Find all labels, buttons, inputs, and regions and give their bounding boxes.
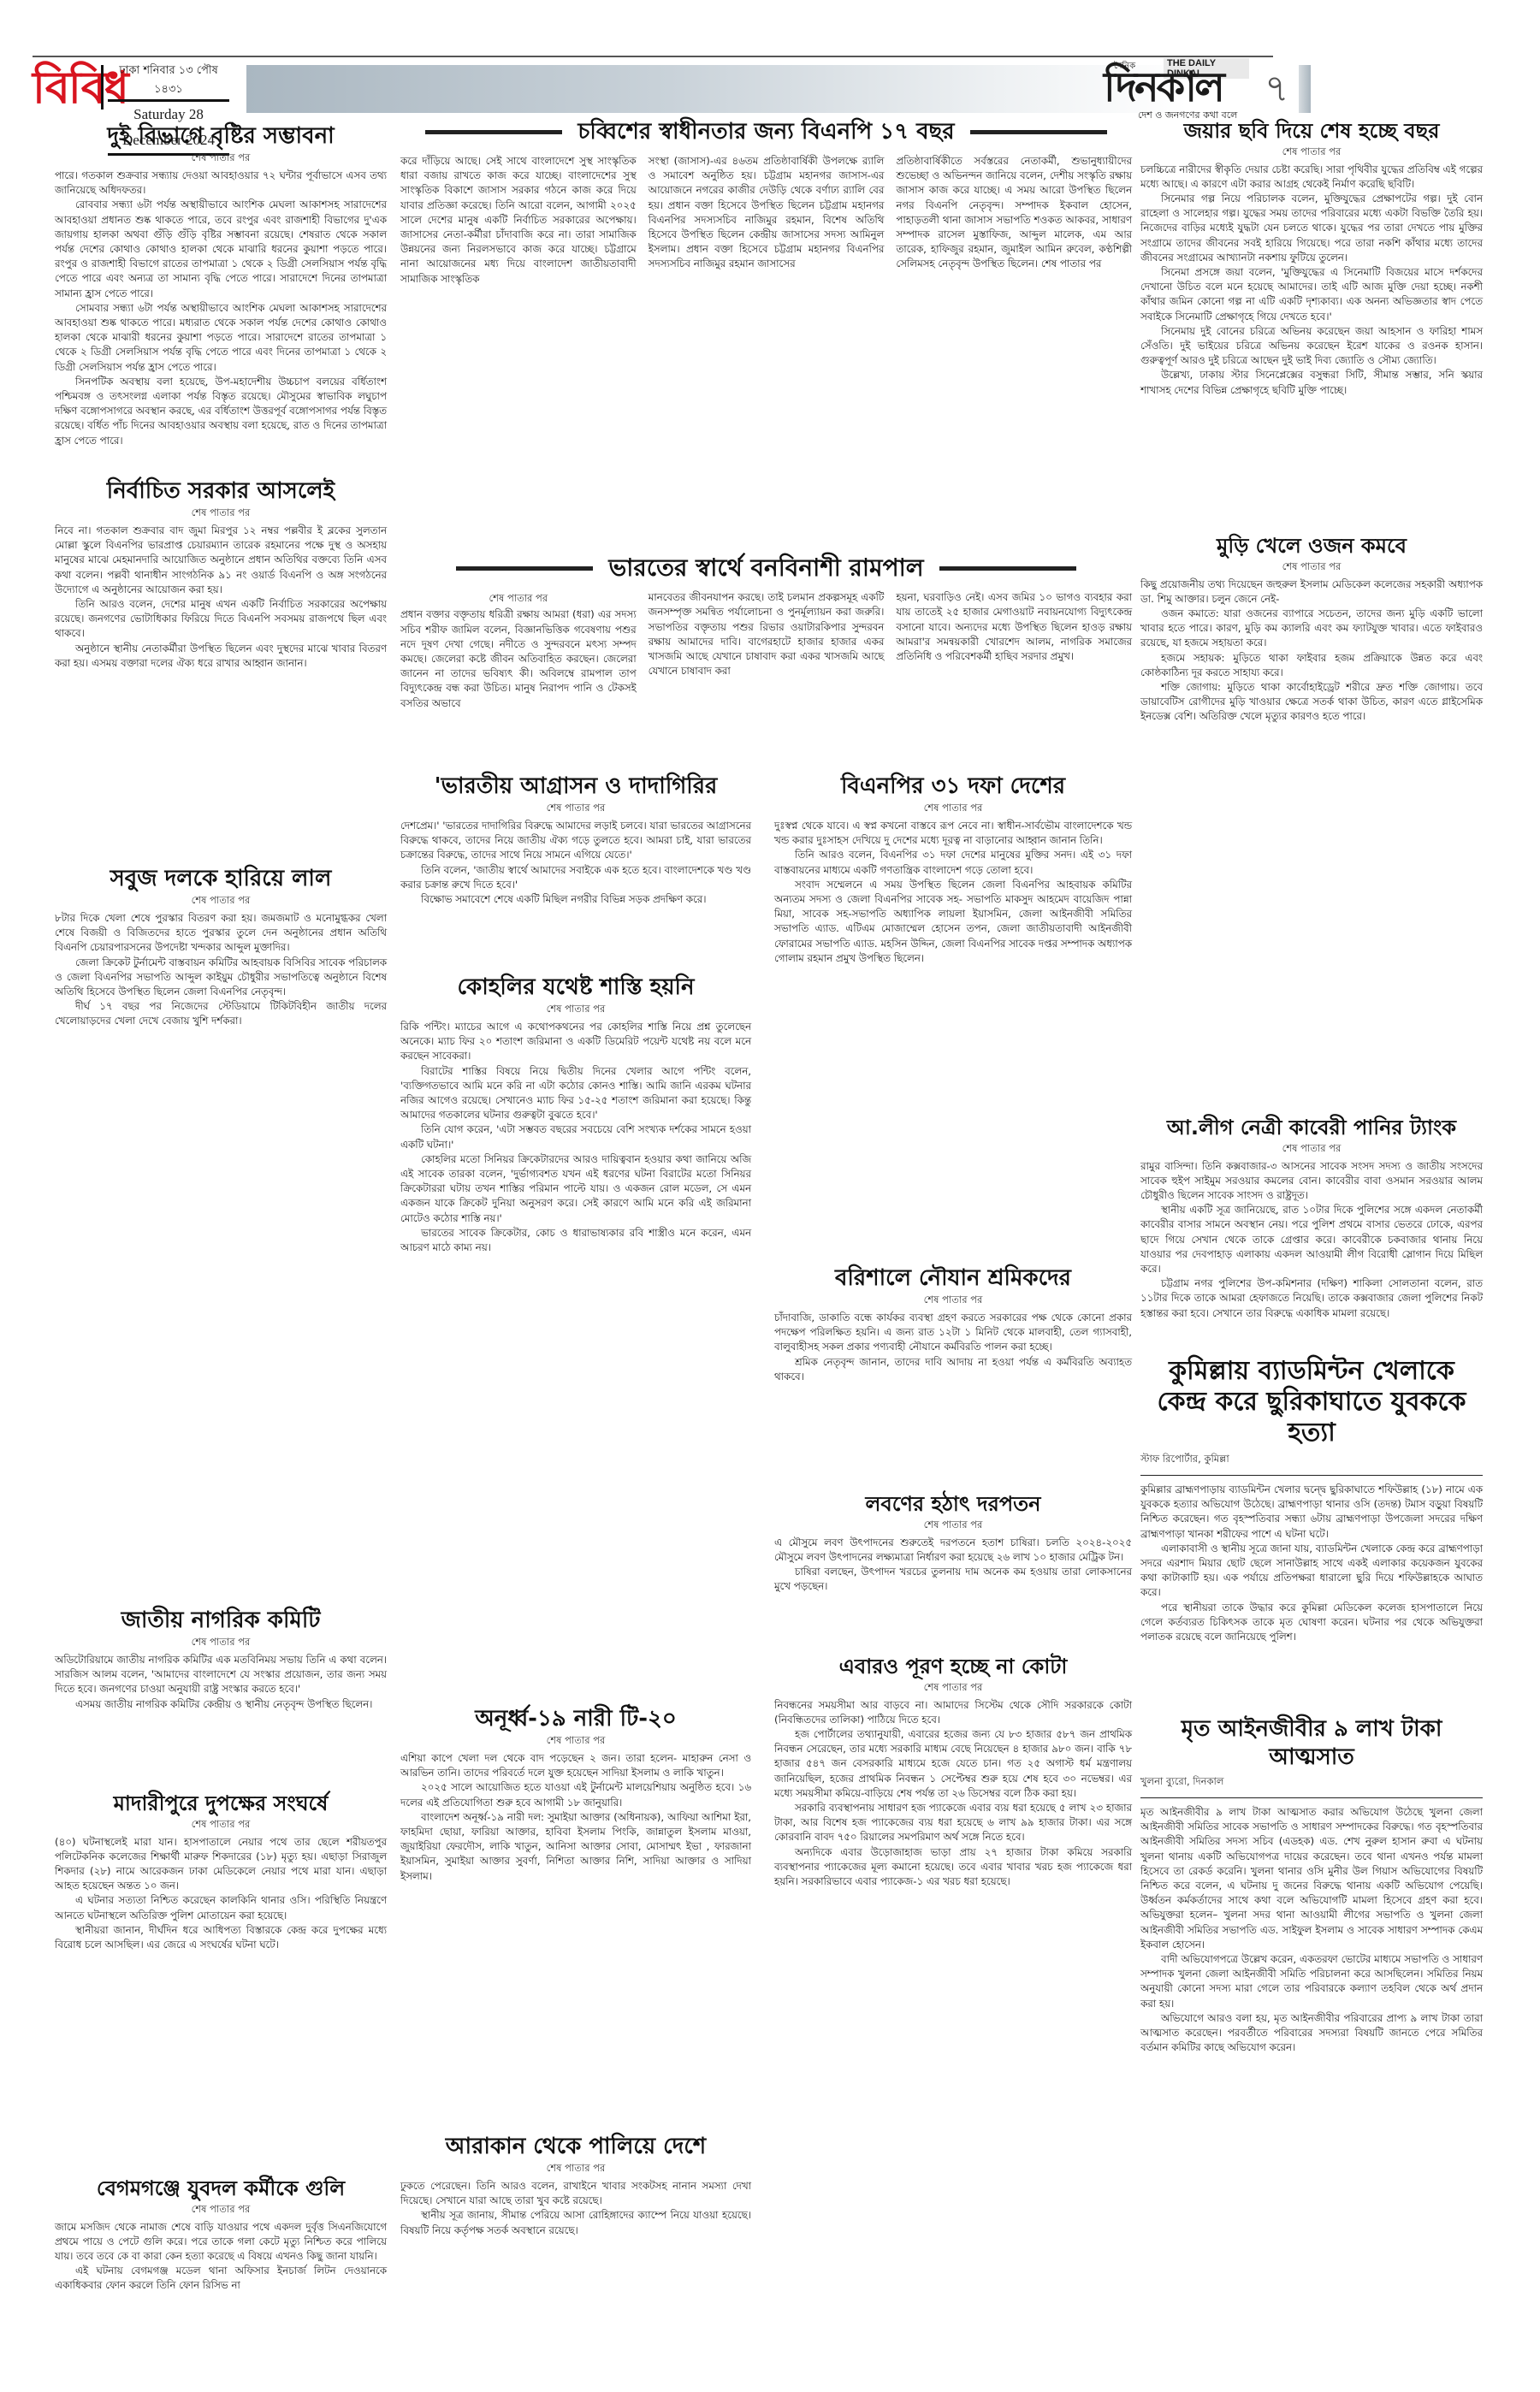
story-body: অডিটোরিয়ামে জাতীয় নাগরিক কমিটির এক মতব… <box>55 1653 387 1712</box>
paragraph: ভারতের সাবেক ক্রিকেটার, কোচ ও ধারাভাষ্যক… <box>400 1226 751 1255</box>
paragraph: মৃত আইনজীবীর ৯ লাখ টাকা আত্মসাত করার অভি… <box>1140 1805 1483 1952</box>
paragraph: স্থানীয় সূত্র জানায়, সীমান্ত পেরিয়ে আ… <box>400 2208 751 2237</box>
paragraph: কোহলির মতো সিনিয়র ক্রিকেটারদের আরও দায়… <box>400 1152 751 1226</box>
story-body: দুঃস্বপ্ন থেকে যাবে। এ স্বপ্ন কখনো বাস্ত… <box>774 819 1132 966</box>
paragraph: নিবন্ধনের সময়সীমা আর বাড়বে না। আমাদের … <box>774 1698 1132 1727</box>
story-hajj-quota: এবারও পূরণ হচ্ছে না কোটা শেষ পাতার পর নি… <box>774 1655 1132 1889</box>
headline-with-rules: চব্বিশের স্বাধীনতার জন্য বিএনপি ১৭ বছর <box>400 120 1132 145</box>
headline: মুড়ি খেলে ওজন কমবে <box>1140 535 1483 559</box>
story-body: রিকি পন্টিং। ম্যাচের আগে এ কথোপকথনের পর … <box>400 1020 751 1255</box>
continued-label: শেষ পাতার পর <box>55 151 387 167</box>
story-body: চলচ্চিত্রে নারীদের স্বীকৃতি দেয়ার চেষ্ট… <box>1140 163 1483 398</box>
continued-label: শেষ পাতার পর <box>774 1518 1132 1534</box>
paragraph: এই ঘটনায় বেগমগঞ্জ মডেল থানা অফিসার ইনচা… <box>55 2264 387 2293</box>
paragraph: দুঃস্বপ্ন থেকে যাবে। এ স্বপ্ন কখনো বাস্ত… <box>774 819 1132 848</box>
continued-label: শেষ পাতার পর <box>1140 145 1483 161</box>
story-body: নিবন্ধনের সময়সীমা আর বাড়বে না। আমাদের … <box>774 1698 1132 1890</box>
paragraph: শক্তি জোগায়: মুড়িতে থাকা কার্বোহাইড্রে… <box>1140 680 1483 725</box>
headline: সবুজ দলকে হারিয়ে লাল <box>55 867 387 892</box>
headline-rule-right <box>970 130 1107 134</box>
continued-label: শেষ পাতার পর <box>55 893 387 909</box>
paragraph: কুমিল্লার ব্রাহ্মণপাড়ায় ব্যাডমিন্টন খে… <box>1140 1483 1483 1542</box>
paragraph: উল্লেখ্য, ঢাকায় স্টার সিনেপ্লেক্সের বসু… <box>1140 368 1483 397</box>
paragraph: কিছু প্রয়োজনীয় তথ্য দিয়েছেন জহুরুল ইস… <box>1140 577 1483 607</box>
continued-label: শেষ পাতার পর <box>774 1680 1132 1696</box>
headline-rule-left <box>456 566 593 571</box>
story-column: শেষ পাতার পর প্রধান বক্তার বক্তৃতায় ধরি… <box>400 590 637 711</box>
paragraph: অন্যদিকে এবার উড়োজাহাজ ভাড়া প্রায় ২৭ … <box>774 1845 1132 1890</box>
story-lawyer-embezzlement: মৃত আইনজীবীর ৯ লাখ টাকা আত্মসাত খুলনা ব্… <box>1140 1715 1483 2055</box>
story-cumilla-badminton-murder: কুমিল্লায় ব্যাডমিন্টন খেলাকে কেন্দ্র কর… <box>1140 1356 1483 1644</box>
story-salt-price-fall: লবণের হঠাৎ দরপতন শেষ পাতার পর এ মৌসুমে ল… <box>774 1493 1132 1594</box>
paragraph: দেশপ্রেম।' 'ভারতের দাদাগিরির বিরুদ্ধে আম… <box>400 819 751 863</box>
continued-label: শেষ পাতার পর <box>1140 560 1483 576</box>
paragraph: সরকারি ব্যবস্থাপনায় সাধারণ হজ প্যাকেজে … <box>774 1801 1132 1845</box>
headline: আরাকান থেকে পালিয়ে দেশে <box>400 2134 751 2160</box>
headline: আ.লীগ নেত্রী কাবেরী পানির ট্যাংক <box>1140 1116 1483 1140</box>
paragraph: বিরাটের শাস্তির বিষয়ে নিয়ে দ্বিতীয় দি… <box>400 1064 751 1123</box>
paragraph: চাঁদাবাজি, ডাকাতি বন্ধে কার্যকর ব্যবস্থা… <box>774 1311 1132 1355</box>
paragraph: সোমবার সন্ধ্যা ৬টা পর্যন্ত অস্থায়ীভাবে … <box>55 301 387 375</box>
story-u19-women-t20: অনূর্ধ্ব-১৯ নারী টি-২০ শেষ পাতার পর এশিয… <box>400 1707 751 1884</box>
story-body: জামে মসজিদ থেকে নামাজ শেষে বাড়ি যাওয়ার… <box>55 2220 387 2294</box>
headline: চব্বিশের স্বাধীনতার জন্য বিএনপি ১৭ বছর <box>577 120 954 145</box>
paragraph: সিনেমার গল্প নিয়ে পরিচালক বলেন, মুক্তিয… <box>1140 192 1483 265</box>
headline: জাতীয় নাগরিক কমিটি <box>55 1608 387 1634</box>
paragraph: ওজন কমাতে: যারা ওজনের ব্যাপারে সচেতন, তা… <box>1140 607 1483 651</box>
paragraph: সিনেমা প্রসঙ্গে জয়া বলেন, 'মুক্তিযুদ্ধে… <box>1140 265 1483 324</box>
continued-label: শেষ পাতার পর <box>1140 1141 1483 1158</box>
story-body: ঢুকতে পেরেছেন। তিনি আরও বলেন, রাখাইনে খা… <box>400 2179 751 2238</box>
paper-logo: দৈনিক THE DAILY DINKAL দিনকাল দেশ ও জনগণ… <box>1104 56 1249 121</box>
story-indian-aggression: 'ভারতীয় আগ্রাসন ও দাদাগিরির শেষ পাতার প… <box>400 774 751 907</box>
paragraph: রোববার সন্ধ্যা ৬টা পর্যন্ত অস্থায়ীভাবে … <box>55 198 387 300</box>
logo-divider <box>101 65 104 110</box>
continued-label: শেষ পাতার পর <box>55 506 387 522</box>
story-kaberi-arrest: আ.লীগ নেত্রী কাবেরী পানির ট্যাংক শেষ পাত… <box>1140 1116 1483 1321</box>
date-bangla: ঢাকা শনিবার ১৩ পৌষ ১৪৩১ <box>108 62 229 102</box>
headline: কোহলির যথেষ্ট শাস্তি হয়নি <box>400 975 751 1001</box>
banner-gradient-bar <box>246 65 1188 113</box>
story-body: রামুর বাসিন্দা। তিনি কক্সবাজার-৩ আসনের স… <box>1140 1159 1483 1321</box>
story-body: নিবে না। গতকাল শুক্রবার বাদ জুমা মিরপুর … <box>55 524 387 671</box>
story-barishal-boat-workers: বরিশালে নৌযান শ্রমিকদের শেষ পাতার পর চাঁ… <box>774 1266 1132 1384</box>
paragraph: রামুর বাসিন্দা। তিনি কক্সবাজার-৩ আসনের স… <box>1140 1159 1483 1204</box>
story-column: সংস্থা (জাসাস)-এর ৪৬তম প্রতিষ্ঠাবার্ষিকী… <box>649 154 885 287</box>
story-body: এ মৌসুমে লবণ উৎপাদনের শুরুতেই দরপতনে হতা… <box>774 1536 1132 1595</box>
headline: বরিশালে নৌযান শ্রমিকদের <box>774 1266 1132 1292</box>
story-text: প্রধান বক্তার বক্তৃতায় ধরিত্রী রক্ষায় … <box>400 608 637 708</box>
headline: এবারও পূরণ হচ্ছে না কোটা <box>774 1655 1132 1679</box>
story-body: ৮টার দিকে খেলা শেষে পুরস্কার বিতরণ করা হ… <box>55 911 387 1029</box>
byline: খুলনা ব্যুরো, দিনকাল <box>1140 1771 1483 1798</box>
paragraph: পারে। গতকাল শুক্রবার সন্ধ্যায় দেওয়া আব… <box>55 169 387 198</box>
headline-with-rules: ভারতের স্বার্থে বনবিনাশী রামপাল <box>400 554 1132 582</box>
paragraph: তিনি বলেন, 'জাতীয় স্বার্থে আমাদের সবাইক… <box>400 863 751 892</box>
headline: কুমিল্লায় ব্যাডমিন্টন খেলাকে কেন্দ্র কর… <box>1140 1356 1483 1448</box>
paragraph: ৮টার দিকে খেলা শেষে পুরস্কার বিতরণ করা হ… <box>55 911 387 956</box>
paragraph: এলাকাবাসী ও স্থানীয় সূত্রে জানা যায়, ব… <box>1140 1542 1483 1601</box>
continued-label: শেষ পাতার পর <box>400 801 751 817</box>
headline: মাদারীপুরে দুপক্ষের সংঘর্ষে <box>55 1792 387 1816</box>
story-bnp-17-years: চব্বিশের স্বাধীনতার জন্য বিএনপি ১৭ বছর ক… <box>400 120 1132 287</box>
story-column: হয়না, ঘরবাড়িও নেই। এসব জমির ১০ ভাগও ব্… <box>896 590 1132 711</box>
continued-label: শেষ পাতার পর <box>55 1817 387 1833</box>
paragraph: জামে মসজিদ থেকে নামাজ শেষে বাড়ি যাওয়ার… <box>55 2220 387 2265</box>
story-begumganj-shooting: বেগমগঞ্জে যুবদল কর্মীকে গুলি শেষ পাতার প… <box>55 2177 387 2294</box>
paragraph: জেলা ক্রিকেট টুর্নামেন্ট বাস্তবায়ন কমিট… <box>55 956 387 1000</box>
headline: নির্বাচিত সরকার আসলেই <box>55 479 387 505</box>
headline-rule-left <box>425 130 562 134</box>
paragraph: এসময় জাতীয় নাগরিক কমিটির কেন্দ্রীয় ও … <box>55 1697 387 1712</box>
story-body: পারে। গতকাল শুক্রবার সন্ধ্যায় দেওয়া আব… <box>55 169 387 448</box>
story-column: প্রতিষ্ঠাবার্ষিকীতে সর্বস্তরের নেতাকর্মী… <box>896 154 1132 287</box>
headline: অনূর্ধ্ব-১৯ নারী টি-২০ <box>400 1707 751 1732</box>
headline: দুই বিভাগে বৃষ্টির সম্ভাবনা <box>55 124 387 150</box>
continued-label: শেষ পাতার পর <box>400 591 637 606</box>
story-body: কুমিল্লার ব্রাহ্মণপাড়ায় ব্যাডমিন্টন খে… <box>1140 1483 1483 1644</box>
paragraph: দীর্ঘ ১৭ বছর পর নিজেদের স্টেডিয়ামে টিকি… <box>55 999 387 1028</box>
headline-rule-right <box>939 566 1076 571</box>
story-column: মানবেতর জীবনযাপন করছে। তাই চলমান প্রকল্প… <box>649 590 885 711</box>
continued-label: শেষ পাতার পর <box>400 1733 751 1750</box>
headline: মৃত আইনজীবীর ৯ লাখ টাকা আত্মসাত <box>1140 1715 1483 1771</box>
continued-label: শেষ পাতার পর <box>55 2202 387 2218</box>
story-body: এশিয়া কাপে খেলা দল থেকে বাদ পড়েছেন ২ জ… <box>400 1751 751 1884</box>
paragraph: শ্রমিক নেতৃবৃন্দ জানান, তাদের দাবি আদায়… <box>774 1355 1132 1384</box>
story-bnp-31-points: বিএনপির ৩১ দফা দেশের শেষ পাতার পর দুঃস্ব… <box>774 774 1132 966</box>
headline: ভারতের স্বার্থে বনবিনাশী রামপাল <box>608 554 923 582</box>
paragraph: নিবে না। গতকাল শুক্রবার বাদ জুমা মিরপুর … <box>55 524 387 597</box>
story-kohli-punishment: কোহলির যথেষ্ট শাস্তি হয়নি শেষ পাতার পর … <box>400 975 751 1255</box>
story-rain-forecast: দুই বিভাগে বৃষ্টির সম্ভাবনা শেষ পাতার পর… <box>55 124 387 448</box>
paper-name: দিনকাল <box>1104 63 1223 111</box>
story-green-vs-red: সবুজ দলকে হারিয়ে লাল শেষ পাতার পর ৮টার … <box>55 867 387 1029</box>
story-national-citizen-committee: জাতীয় নাগরিক কমিটি শেষ পাতার পর অডিটোরি… <box>55 1608 387 1712</box>
paragraph: স্থানীয়রা জানান, দীর্ঘদিন ধরে আধিপত্য ব… <box>55 1923 387 1952</box>
paragraph: বিক্ষোভ সমাবেশে শেষে একটি মিছিল নগরীর বি… <box>400 892 751 907</box>
headline: 'ভারতীয় আগ্রাসন ও দাদাগিরির <box>400 774 751 800</box>
byline: স্টাফ রিপোর্টার, কুমিল্লা <box>1140 1448 1483 1476</box>
story-body: মৃত আইনজীবীর ৯ লাখ টাকা আত্মসাত করার অভি… <box>1140 1805 1483 2055</box>
paragraph: অভিযোগে আরও বলা হয়, মৃত আইনজীবীর পরিবার… <box>1140 2011 1483 2056</box>
paragraph: সংবাদ সম্মেলনে এ সময় উপস্থিত ছিলেন জেলা… <box>774 878 1132 966</box>
continued-label: শেষ পাতার পর <box>55 1635 387 1651</box>
story-body: কিছু প্রয়োজনীয় তথ্য দিয়েছেন জহুরুল ইস… <box>1140 577 1483 725</box>
paragraph: এ ঘটনার সত্যতা নিশ্চিত করেছেন কালকিনি থা… <box>55 1893 387 1922</box>
paragraph: পরে স্থানীয়রা তাকে উদ্ধার করে কুমিল্লা … <box>1140 1601 1483 1645</box>
top-rule <box>33 56 1273 57</box>
story-joya-film: জয়ার ছবি দিয়ে শেষ হচ্ছে বছর শেষ পাতার … <box>1140 120 1483 398</box>
paragraph: সিনেমায় দুই বোনের চরিত্রে অভিনয় করেছেন… <box>1140 324 1483 369</box>
paragraph: চট্টগ্রাম নগর পুলিশের উপ-কমিশনার (দক্ষিণ… <box>1140 1276 1483 1321</box>
paragraph: তিনি আরও বলেন, বিএনপির ৩১ দফা দেশের মানু… <box>774 848 1132 877</box>
page-number: ৭ <box>1265 65 1289 113</box>
paragraph: হজমে সহায়ক: মুড়িতে থাকা ফাইবার হজম প্র… <box>1140 651 1483 680</box>
paragraph: সিনপটিক অবস্থায় বলা হয়েছে, উপ-মহাদেশীয… <box>55 375 387 448</box>
paragraph: এশিয়া কাপে খেলা দল থেকে বাদ পড়েছেন ২ জ… <box>400 1751 751 1780</box>
paragraph: এ মৌসুমে লবণ উৎপাদনের শুরুতেই দরপতনে হতা… <box>774 1536 1132 1565</box>
headline: জয়ার ছবি দিয়ে শেষ হচ্ছে বছর <box>1140 120 1483 144</box>
continued-label: শেষ পাতার পর <box>400 1002 751 1018</box>
headline: বেগমগঞ্জে যুবদল কর্মীকে গুলি <box>55 2177 387 2201</box>
paragraph: রিকি পন্টিং। ম্যাচের আগে এ কথোপকথনের পর … <box>400 1020 751 1064</box>
story-columns: শেষ পাতার পর প্রধান বক্তার বক্তৃতায় ধরি… <box>400 590 1132 711</box>
story-elected-government: নির্বাচিত সরকার আসলেই শেষ পাতার পর নিবে … <box>55 479 387 671</box>
paragraph: চলচ্চিত্রে নারীদের স্বীকৃতি দেয়ার চেষ্ট… <box>1140 163 1483 192</box>
paragraph: হজ পোর্টালের তথ্যানুযায়ী, এবারের হজের জ… <box>774 1727 1132 1801</box>
story-puffed-rice-weight: মুড়ি খেলে ওজন কমবে শেষ পাতার পর কিছু প্… <box>1140 535 1483 725</box>
story-madaripur-clash: মাদারীপুরে দুপক্ষের সংঘর্ষে শেষ পাতার পর… <box>55 1792 387 1952</box>
paragraph: (৪০) ঘটনাস্থলেই মারা যান। হাসপাতালে নেয়… <box>55 1835 387 1894</box>
paragraph: বাংলাদেশ অনূর্ধ্ব-১৯ নারী দল: সুমাইয়া আ… <box>400 1810 751 1884</box>
story-body: (৪০) ঘটনাস্থলেই মারা যান। হাসপাতালে নেয়… <box>55 1835 387 1953</box>
headline: লবণের হঠাৎ দরপতন <box>774 1493 1132 1517</box>
paragraph: ঢুকতে পেরেছেন। তিনি আরও বলেন, রাখাইনে খা… <box>400 2179 751 2208</box>
story-arakan-refugees: আরাকান থেকে পালিয়ে দেশে শেষ পাতার পর ঢু… <box>400 2134 751 2238</box>
paragraph: অনুষ্ঠানে স্থানীয় নেতাকর্মীরা উপস্থিত ছ… <box>55 642 387 671</box>
paragraph: তিনি আরও বলেন, দেশের মানুষ এখন একটি নির্… <box>55 597 387 642</box>
masthead: বিবিধ ঢাকা শনিবার ১৩ পৌষ ১৪৩১ Saturday 2… <box>33 60 1513 120</box>
paragraph: ২০২৫ সালে আয়োজিত হতে যাওয়া এই টুর্নামে… <box>400 1780 751 1809</box>
story-columns: করে দাঁড়িয়ে আছে। সেই সাথে বাংলাদেশে সু… <box>400 154 1132 287</box>
story-body: দেশপ্রেম।' 'ভারতের দাদাগিরির বিরুদ্ধে আম… <box>400 819 751 907</box>
headline: বিএনপির ৩১ দফা দেশের <box>774 774 1132 800</box>
continued-label: শেষ পাতার পর <box>774 801 1132 817</box>
story-column: করে দাঁড়িয়ে আছে। সেই সাথে বাংলাদেশে সু… <box>400 154 637 287</box>
continued-label: শেষ পাতার পর <box>400 2161 751 2177</box>
paragraph: স্থানীয় একটি সূত্র জানিয়েছে, রাত ১০টার… <box>1140 1203 1483 1276</box>
paragraph: বাদী অভিযোগপত্রে উল্লেখ করেন, একতরফা ভোট… <box>1140 1952 1483 2011</box>
paragraph: চাষিরা বলছেন, উৎপাদন খরচের তুলনায় দাম অ… <box>774 1565 1132 1594</box>
story-body: চাঁদাবাজি, ডাকাতি বন্ধে কার্যকর ব্যবস্থা… <box>774 1311 1132 1384</box>
story-rampal: ভারতের স্বার্থে বনবিনাশী রামপাল শেষ পাতা… <box>400 554 1132 711</box>
paragraph: অডিটোরিয়ামে জাতীয় নাগরিক কমিটির এক মতব… <box>55 1653 387 1697</box>
paragraph: তিনি যোগ করেন, 'এটা সম্ভবত বছরের সবচেয়ে… <box>400 1122 751 1152</box>
page-side-bar <box>1299 65 1311 113</box>
continued-label: শেষ পাতার পর <box>774 1293 1132 1309</box>
